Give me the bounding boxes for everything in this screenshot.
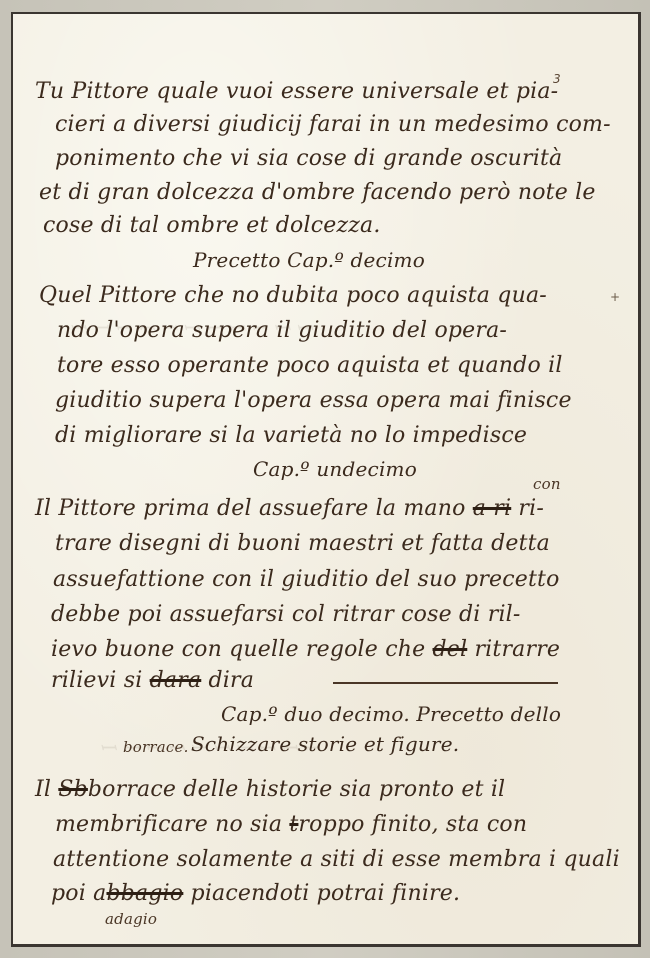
text-line: ievo buone con quelle regole che del rit… [51,639,560,661]
text-line: di migliorare si la varietà no lo impedi… [55,425,527,447]
section-heading: Cap.º undecimo [253,459,417,479]
text-fragment: ritrarre [467,637,560,662]
struck-text: a ri [473,496,511,521]
text-line: trare disegni di buoni maestri et fatta … [55,533,550,555]
text-fragment: rilievi si [51,668,150,693]
struck-text: Sb [58,777,88,802]
text-line: cieri a diversi giudicij farai in un med… [55,114,611,136]
text-fragment: poi a [51,881,106,906]
text-line: membrificare no sia troppo finito, sta c… [55,814,527,836]
struck-text: del [433,637,468,662]
text-fragment: borrace delle historie sia pronto et il [88,777,505,802]
text-line: et di gran dolcezza d'ombre facendo però… [39,182,596,204]
text-line: Quel Pittore che no dubita poco aquista … [39,285,547,307]
text-line: attentione solamente a siti di esse memb… [53,849,620,871]
text-line: tore esso operante poco aquista et quand… [57,355,563,377]
text-fragment: ievo buone con quelle regole che [51,637,433,662]
text-line: ponimento che vi sia cose di grande oscu… [55,148,562,170]
text-fragment: Il Pittore prima del assuefare la mano [35,496,473,521]
interlinear-correction: adagio [105,912,157,927]
text-fragment: membrificare no sia [55,812,289,837]
text-fragment: piacendoti potrai finire. [183,881,460,906]
section-heading: Schizzare storie et figure. [191,734,459,754]
text-fragment: ri- [511,496,544,521]
text-fragment: roppo finito, sta con [298,812,527,837]
text-line: assuefattione con il giuditio del suo pr… [53,569,560,591]
section-heading: Precetto Cap.º decimo [193,250,425,270]
text-line: Tu Pittore quale vuoi essere universale … [35,81,558,103]
text-line: cose di tal ombre et dolcezza. [43,215,381,237]
text-fragment: dira [201,668,254,693]
section-heading: Cap.º duo decimo. Precetto dello [221,704,561,724]
struck-text: bbagio [106,881,183,906]
manuscript-page: ꟷ ꟷ ꟷ ꟷ ꟷ ꟷ ꟷ ꟷ ꟷ ꟷ ꟷ ꟷ ꟷ ꟷ ꟷ ꟷ ꟷ ꟷ ꟷ ꟷ … [11,12,641,947]
text-fragment: Il [35,777,58,802]
text-line: giuditio supera l'opera essa opera mai f… [55,390,572,412]
text-line: ndo l'opera supera il giuditio del opera… [57,320,507,342]
text-line: poi abbagio piacendoti potrai finire. [51,883,460,905]
line-filler-rule [333,682,558,684]
text-line: rilievi si dara dira [51,670,254,692]
struck-text: dara [150,668,202,693]
text-line: Il Sbborrace delle historie sia pronto e… [35,779,505,801]
text-line: Il Pittore prima del assuefare la mano a… [35,498,544,520]
margin-cross-mark: + [610,290,620,304]
interlinear-insertion: con [533,477,561,492]
margin-note: borrace. [123,740,189,755]
text-line: debbe poi assuefarsi col ritrar cose di … [51,604,521,626]
